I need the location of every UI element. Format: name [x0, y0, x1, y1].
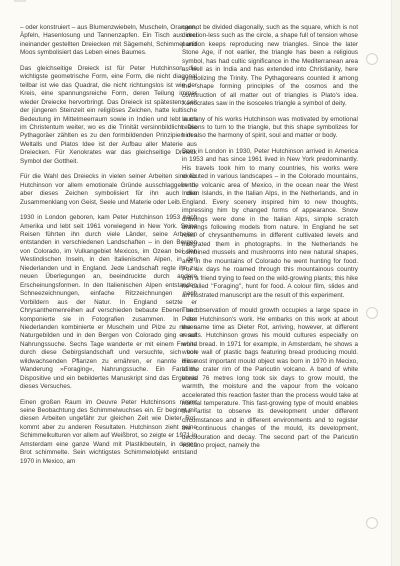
- paragraph: Einen großen Raum im Oeuvre Peter Hutchi…: [20, 399, 197, 467]
- punch-hole-icon: [366, 53, 378, 65]
- english-text-column: cannot be divided diagonally, such as th…: [182, 24, 358, 458]
- punch-hole-icon: [366, 517, 378, 529]
- paragraph: 1930 in London geboren, kam Peter Hutchi…: [20, 214, 197, 392]
- document-page: – oder konstruiert – aus Blumenzwiebeln,…: [0, 0, 400, 566]
- paragraph: In many of his works Hutchinson was moti…: [182, 116, 358, 141]
- paragraph: Das gleichseitige Dreieck ist für Peter …: [20, 65, 197, 166]
- paragraph: cannot be divided diagonally, such as th…: [182, 24, 358, 109]
- paragraph: – oder konstruiert – aus Blumenzwiebeln,…: [20, 24, 197, 58]
- paragraph: Für die Wahl des Dreiecks in vielen sein…: [20, 173, 197, 207]
- german-text-column: – oder konstruiert – aus Blumenzwiebeln,…: [20, 24, 197, 473]
- paragraph: The observation of mould growth occupies…: [182, 307, 358, 451]
- punch-hole-icon: [366, 307, 378, 319]
- paragraph: Born in London in 1930, Peter Hutchinson…: [182, 148, 358, 300]
- top-edge-mark: [14, 0, 26, 2]
- page-edge: [391, 0, 400, 566]
